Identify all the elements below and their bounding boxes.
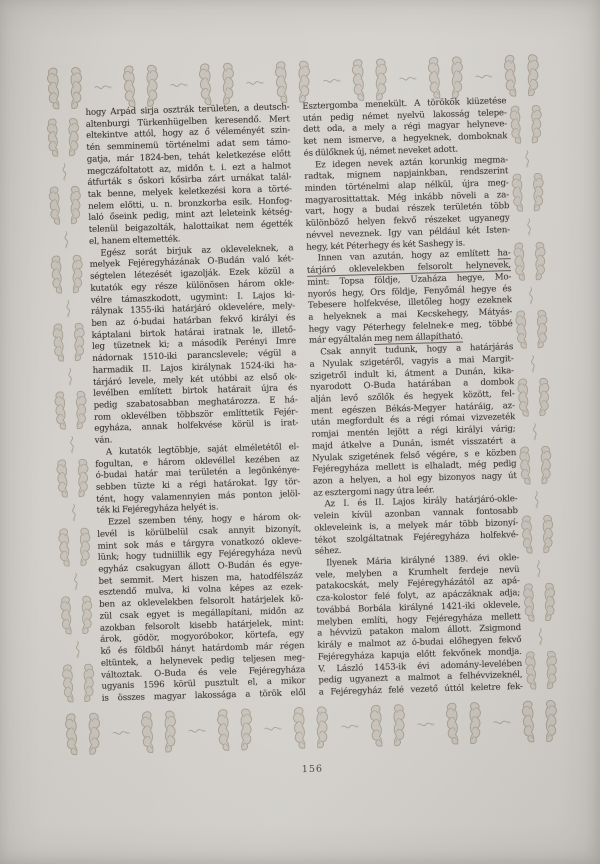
leaf-connector-icon xyxy=(67,435,77,453)
leaf-connector-icon xyxy=(70,572,80,590)
squirrel-pair-ornament-icon xyxy=(56,525,93,568)
squirrel-pair-ornament-icon xyxy=(47,184,84,227)
squirrel-pair-ornament-icon xyxy=(48,253,85,296)
leaf-connector-icon xyxy=(59,163,69,181)
squirrel-pair-ornament-icon xyxy=(196,61,237,108)
text-column-left: hogy Árpád sirja osztrák területen, a de… xyxy=(85,102,306,705)
squirrel-pair-ornament-icon xyxy=(120,63,161,110)
leaf-connector-icon xyxy=(61,231,71,249)
leaf-connector-icon xyxy=(492,717,510,727)
leaf-connector-icon xyxy=(170,80,188,90)
leaf-connector-icon xyxy=(535,627,545,645)
squirrel-pair-ornament-icon xyxy=(214,706,255,753)
squirrel-pair-ornament-icon xyxy=(521,581,558,624)
squirrel-pair-ornament-icon xyxy=(54,457,91,500)
leaf-connector-icon xyxy=(246,78,264,88)
squirrel-pair-ornament-icon xyxy=(509,171,546,214)
underlined-text: ha- xyxy=(497,248,510,259)
squirrel-pair-ornament-icon xyxy=(273,59,314,106)
squirrel-pair-ornament-icon xyxy=(519,512,556,555)
leaf-connector-icon xyxy=(188,726,206,736)
leaf-connector-icon xyxy=(322,76,340,86)
squirrel-pair-ornament-icon xyxy=(443,700,484,747)
ornament-border-bottom xyxy=(62,695,560,761)
leaf-connector-icon xyxy=(112,728,130,738)
leaf-connector-icon xyxy=(416,719,434,729)
page-number: 156 xyxy=(60,757,565,782)
squirrel-pair-ornament-icon xyxy=(52,389,89,432)
leaf-connector-icon xyxy=(94,82,112,92)
squirrel-pair-ornament-icon xyxy=(519,698,560,745)
leaf-connector-icon xyxy=(529,423,539,441)
leaf-connector-icon xyxy=(398,74,416,84)
squirrel-pair-ornament-icon xyxy=(58,594,95,637)
squirrel-pair-ornament-icon xyxy=(501,52,542,99)
squirrel-pair-ornament-icon xyxy=(291,704,332,751)
scanned-page: hogy Árpád sirja osztrák területen, a de… xyxy=(0,0,600,864)
squirrel-pair-ornament-icon xyxy=(425,54,466,101)
squirrel-pair-ornament-icon xyxy=(62,711,103,758)
squirrel-pair-ornament-icon xyxy=(515,376,552,419)
leaf-connector-icon xyxy=(527,354,537,372)
squirrel-pair-ornament-icon xyxy=(44,65,85,112)
leaf-connector-icon xyxy=(72,640,82,658)
leaf-connector-icon xyxy=(522,150,532,168)
leaf-connector-icon xyxy=(264,724,282,734)
leaf-connector-icon xyxy=(533,559,543,577)
leaf-connector-icon xyxy=(65,367,75,385)
squirrel-pair-ornament-icon xyxy=(45,116,82,159)
leaf-connector-icon xyxy=(524,218,534,236)
text-column-right: Esztergomba menekült. A törökök kiüzetés… xyxy=(302,96,523,699)
squirrel-pair-ornament-icon xyxy=(513,308,550,351)
leaf-connector-icon xyxy=(340,722,358,732)
squirrel-pair-ornament-icon xyxy=(507,103,544,146)
leaf-connector-icon xyxy=(531,491,541,509)
leaf-connector-icon xyxy=(68,504,78,522)
leaf-connector-icon xyxy=(474,72,492,82)
leaf-connector-icon xyxy=(526,286,536,304)
squirrel-pair-ornament-icon xyxy=(349,56,390,103)
text-block: hogy Árpád sirja osztrák területen, a de… xyxy=(85,96,523,705)
squirrel-pair-ornament-icon xyxy=(60,662,97,705)
squirrel-pair-ornament-icon xyxy=(138,709,179,756)
squirrel-pair-ornament-icon xyxy=(523,649,560,692)
squirrel-pair-ornament-icon xyxy=(511,240,548,283)
leaf-connector-icon xyxy=(63,299,73,317)
squirrel-pair-ornament-icon xyxy=(367,702,408,749)
squirrel-pair-ornament-icon xyxy=(517,444,554,487)
page-content: hogy Árpád sirja osztrák területen, a de… xyxy=(40,45,565,783)
squirrel-pair-ornament-icon xyxy=(50,321,87,364)
